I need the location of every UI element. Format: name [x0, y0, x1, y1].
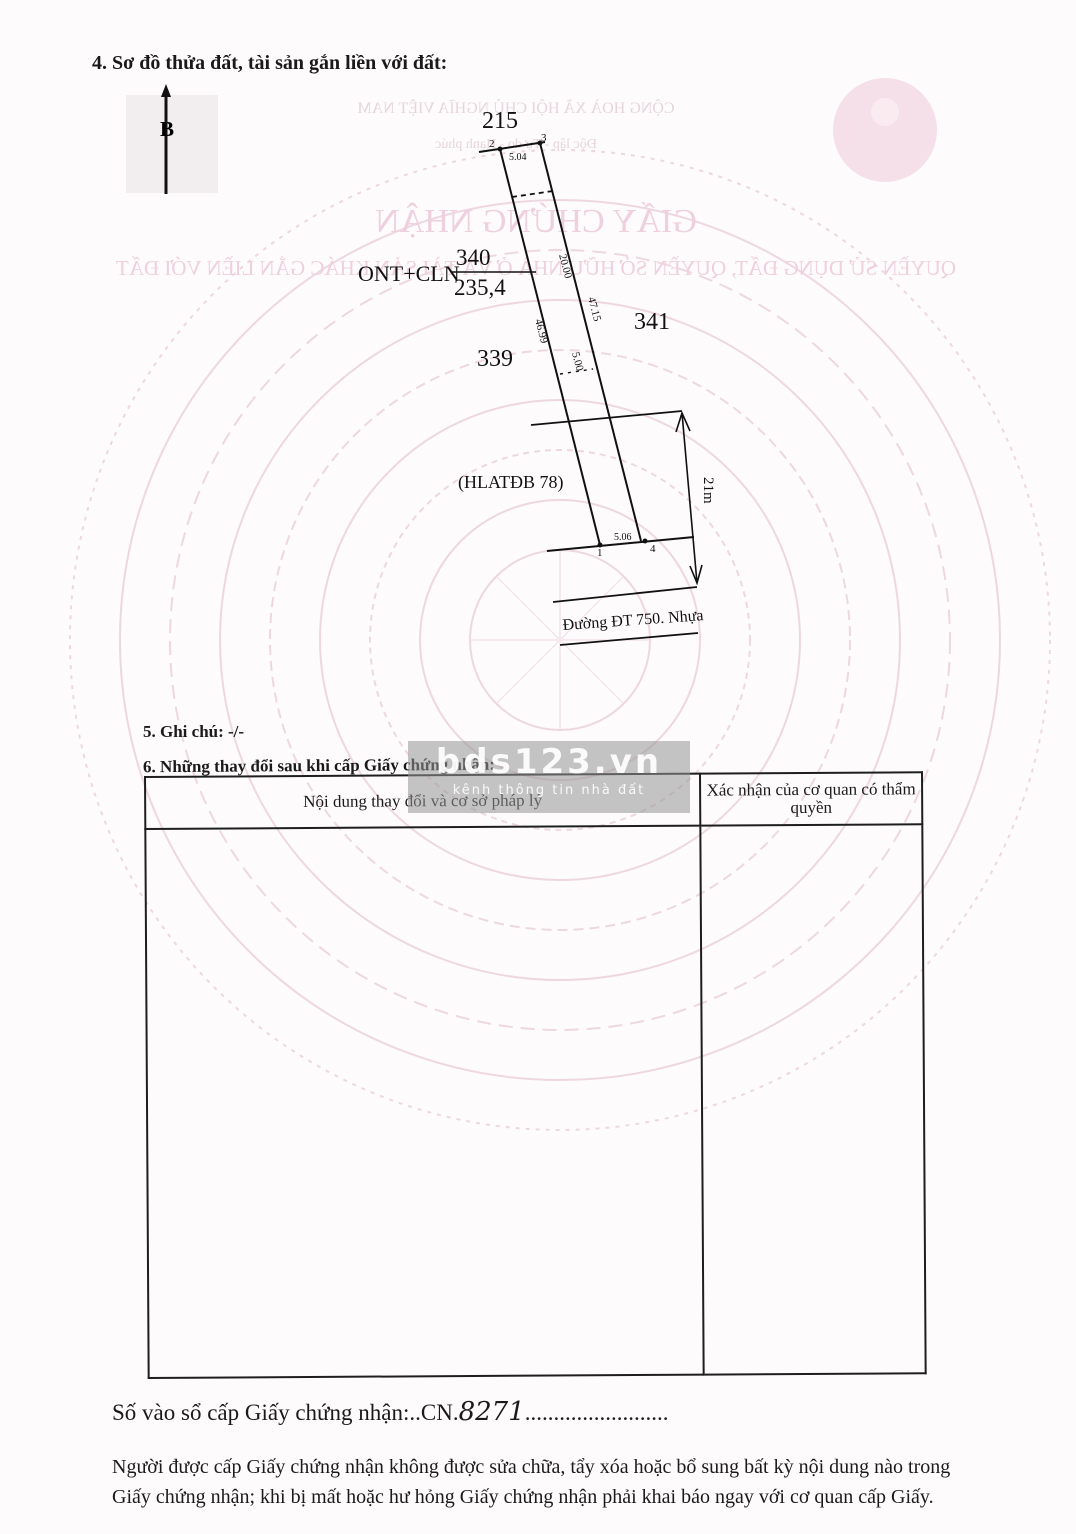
svg-text:4: 4: [650, 543, 656, 555]
authority-confirmation-cell: [700, 824, 925, 1374]
registration-prefix: CN: [421, 1400, 453, 1425]
parcel-number: 340: [456, 245, 491, 270]
land-use-code: ONT+CLN: [358, 261, 460, 286]
changes-table: Nội dung thay đổi và cơ sở pháp lý Xác n…: [144, 771, 927, 1379]
registration-number: 8271: [459, 1397, 525, 1427]
notice-text: Người được cấp Giấy chứng nhận không đượ…: [112, 1452, 972, 1512]
dim-inner-width: 5.00: [569, 351, 586, 373]
neighbor-east: 341: [634, 309, 670, 335]
svg-text:1: 1: [597, 547, 603, 559]
table-row: [145, 824, 925, 1378]
dim-left-edge: 46.99: [532, 318, 550, 345]
registration-label: Số vào sổ cấp Giấy chứng nhận:: [112, 1400, 409, 1425]
section-5-notes: 5. Ghi chú: -/-: [143, 722, 244, 742]
north-label: B: [160, 117, 174, 141]
watermark-brand: bds123.vn: [408, 741, 690, 783]
header-authority-confirmation: Xác nhận của cơ quan có thẩm quyền: [700, 772, 922, 825]
dim-inner-length: 20.00: [556, 253, 574, 280]
dim-right-edge: 47.15: [585, 296, 603, 323]
svg-text:2: 2: [489, 138, 495, 150]
setback-dimension-arrow: [676, 413, 702, 583]
dim-setback: 21m: [700, 477, 716, 504]
watermark-tagline: kênh thông tin nhà đất: [408, 783, 690, 799]
neighbor-west: 339: [477, 346, 513, 372]
neighbor-north: 215: [482, 108, 518, 134]
watermark: bds123.vn kênh thông tin nhà đất: [408, 741, 690, 813]
corridor-label: (HLATĐB 78): [458, 472, 564, 493]
dim-top-edge: 5.04: [509, 152, 527, 163]
registration-number-line: Số vào sổ cấp Giấy chứng nhận:..CN.8271.…: [112, 1397, 668, 1427]
change-content-cell: [145, 826, 703, 1378]
road-label: Đường ĐT 750. Nhựa: [562, 607, 704, 634]
svg-text:3: 3: [541, 132, 547, 144]
parcel-area: 235,4: [454, 275, 506, 300]
dim-bottom-edge: 5.06: [614, 532, 632, 543]
